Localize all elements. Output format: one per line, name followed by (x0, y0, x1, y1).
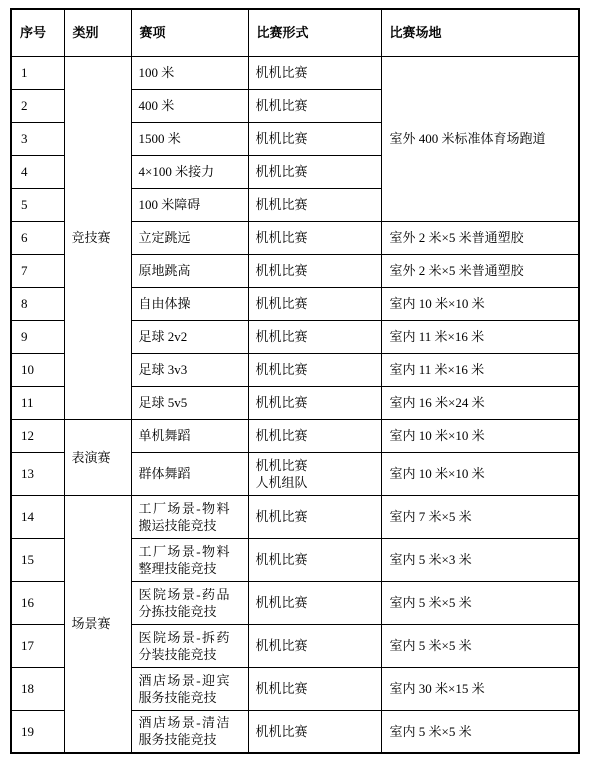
form-cell: 机机比赛人机组队 (248, 452, 381, 495)
form-cell: 机机比赛 (248, 287, 381, 320)
header-row: 序号 类别 赛项 比赛形式 比赛场地 (11, 9, 579, 56)
serial-number-cell: 15 (11, 538, 64, 581)
venue-cell: 室内 11 米×16 米 (381, 320, 579, 353)
venue-cell: 室内 10 米×10 米 (381, 452, 579, 495)
venue-cell: 室内 11 米×16 米 (381, 353, 579, 386)
header-category: 类别 (64, 9, 131, 56)
category-cell: 竞技赛 (64, 56, 131, 419)
event-cell: 自由体操 (131, 287, 248, 320)
form-line: 机机比赛 (256, 295, 375, 312)
serial-number-cell: 11 (11, 386, 64, 419)
event-cell: 工厂场景-物料搬运技能竞技 (131, 495, 248, 538)
form-cell: 机机比赛 (248, 495, 381, 538)
table-row: 12表演赛单机舞蹈机机比赛室内 10 米×10 米 (11, 419, 579, 452)
form-cell: 机机比赛 (248, 89, 381, 122)
form-line: 机机比赛 (256, 427, 375, 444)
form-line: 机机比赛 (256, 723, 375, 740)
event-cell: 400 米 (131, 89, 248, 122)
form-line: 机机比赛 (256, 229, 375, 246)
serial-number-cell: 9 (11, 320, 64, 353)
form-line: 机机比赛 (256, 680, 375, 697)
venue-cell: 室内 10 米×10 米 (381, 287, 579, 320)
venue-cell: 室内 5 米×3 米 (381, 538, 579, 581)
form-cell: 机机比赛 (248, 581, 381, 624)
venue-cell: 室外 400 米标准体育场跑道 (381, 56, 579, 221)
form-cell: 机机比赛 (248, 56, 381, 89)
venue-cell: 室外 2 米×5 米普通塑胶 (381, 254, 579, 287)
category-cell: 场景赛 (64, 495, 131, 753)
header-venue: 比赛场地 (381, 9, 579, 56)
event-cell: 足球 2v2 (131, 320, 248, 353)
form-cell: 机机比赛 (248, 122, 381, 155)
event-cell: 医院场景-拆药分装技能竞技 (131, 624, 248, 667)
serial-number-cell: 1 (11, 56, 64, 89)
serial-number-cell: 8 (11, 287, 64, 320)
serial-number-cell: 16 (11, 581, 64, 624)
form-cell: 机机比赛 (248, 386, 381, 419)
event-cell: 100 米 (131, 56, 248, 89)
serial-number-cell: 2 (11, 89, 64, 122)
competition-events-table: 序号 类别 赛项 比赛形式 比赛场地 1竞技赛100 米机机比赛室外 400 米… (10, 8, 580, 754)
event-cell: 医院场景-药品分拣技能竞技 (131, 581, 248, 624)
serial-number-cell: 7 (11, 254, 64, 287)
serial-number-cell: 17 (11, 624, 64, 667)
serial-number-cell: 6 (11, 221, 64, 254)
table-row: 1竞技赛100 米机机比赛室外 400 米标准体育场跑道 (11, 56, 579, 89)
venue-cell: 室内 5 米×5 米 (381, 624, 579, 667)
serial-number-cell: 18 (11, 667, 64, 710)
form-cell: 机机比赛 (248, 710, 381, 753)
category-cell: 表演赛 (64, 419, 131, 495)
serial-number-cell: 10 (11, 353, 64, 386)
form-cell: 机机比赛 (248, 624, 381, 667)
form-line: 机机比赛 (256, 508, 375, 525)
form-line: 机机比赛 (256, 196, 375, 213)
event-cell: 1500 米 (131, 122, 248, 155)
event-cell: 单机舞蹈 (131, 419, 248, 452)
venue-cell: 室内 30 米×15 米 (381, 667, 579, 710)
serial-number-cell: 12 (11, 419, 64, 452)
event-cell: 足球 3v3 (131, 353, 248, 386)
form-cell: 机机比赛 (248, 353, 381, 386)
serial-number-cell: 13 (11, 452, 64, 495)
venue-cell: 室内 5 米×5 米 (381, 581, 579, 624)
form-line: 机机比赛 (256, 163, 375, 180)
serial-number-cell: 19 (11, 710, 64, 753)
serial-number-cell: 3 (11, 122, 64, 155)
form-cell: 机机比赛 (248, 155, 381, 188)
table-row: 14场景赛工厂场景-物料搬运技能竞技机机比赛室内 7 米×5 米 (11, 495, 579, 538)
event-cell: 工厂场景-物料整理技能竞技 (131, 538, 248, 581)
venue-cell: 室内 10 米×10 米 (381, 419, 579, 452)
form-cell: 机机比赛 (248, 221, 381, 254)
form-cell: 机机比赛 (248, 188, 381, 221)
form-line: 机机比赛 (256, 394, 375, 411)
form-line: 机机比赛 (256, 64, 375, 81)
form-line: 机机比赛 (256, 637, 375, 654)
venue-cell: 室外 2 米×5 米普通塑胶 (381, 221, 579, 254)
form-cell: 机机比赛 (248, 667, 381, 710)
serial-number-cell: 14 (11, 495, 64, 538)
form-line: 人机组队 (256, 474, 375, 491)
serial-number-cell: 4 (11, 155, 64, 188)
event-cell: 酒店场景-清洁服务技能竞技 (131, 710, 248, 753)
form-line: 机机比赛 (256, 361, 375, 378)
venue-cell: 室内 16 米×24 米 (381, 386, 579, 419)
header-event: 赛项 (131, 9, 248, 56)
form-cell: 机机比赛 (248, 538, 381, 581)
header-competition-form: 比赛形式 (248, 9, 381, 56)
form-line: 机机比赛 (256, 130, 375, 147)
form-line: 机机比赛 (256, 457, 375, 474)
event-cell: 足球 5v5 (131, 386, 248, 419)
event-cell: 酒店场景-迎宾服务技能竞技 (131, 667, 248, 710)
form-line: 机机比赛 (256, 551, 375, 568)
form-cell: 机机比赛 (248, 254, 381, 287)
event-cell: 4×100 米接力 (131, 155, 248, 188)
form-cell: 机机比赛 (248, 320, 381, 353)
form-line: 机机比赛 (256, 97, 375, 114)
venue-cell: 室内 5 米×5 米 (381, 710, 579, 753)
event-cell: 群体舞蹈 (131, 452, 248, 495)
form-cell: 机机比赛 (248, 419, 381, 452)
form-line: 机机比赛 (256, 594, 375, 611)
venue-cell: 室内 7 米×5 米 (381, 495, 579, 538)
event-cell: 原地跳高 (131, 254, 248, 287)
event-cell: 100 米障碍 (131, 188, 248, 221)
event-cell: 立定跳远 (131, 221, 248, 254)
serial-number-cell: 5 (11, 188, 64, 221)
form-line: 机机比赛 (256, 328, 375, 345)
header-serial-number: 序号 (11, 9, 64, 56)
form-line: 机机比赛 (256, 262, 375, 279)
